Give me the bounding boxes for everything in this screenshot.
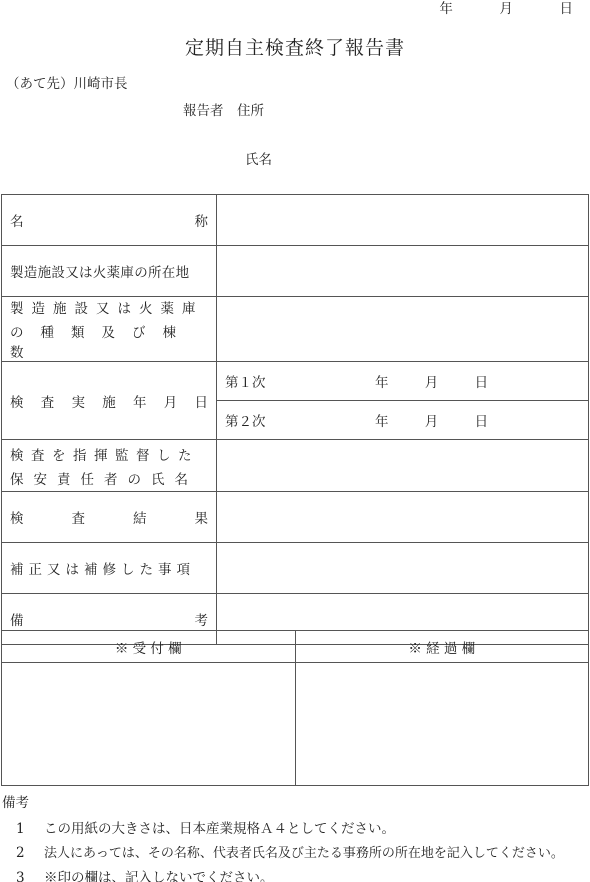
month-label: 月 bbox=[425, 410, 439, 430]
type-count-label-line1: 製造施設又は火薬庫 bbox=[10, 297, 208, 317]
row-type-count: 製造施設又は火薬庫 の種類及び棟数 bbox=[2, 297, 589, 362]
label-char: 名 bbox=[10, 210, 24, 230]
label-char: 査 bbox=[41, 391, 55, 411]
office-use-table: ※ 受 付 欄 ※ 経 過 欄 bbox=[1, 630, 589, 786]
label-char: 結 bbox=[133, 507, 147, 527]
label-char: 査 bbox=[72, 507, 86, 527]
location-field[interactable] bbox=[217, 246, 589, 297]
label-char: 検 bbox=[10, 507, 24, 527]
row-inspection-date-1: 検 査 実 施 年 月 日 第１次 年 月 日 bbox=[2, 362, 589, 401]
note-number: 3 bbox=[16, 870, 44, 882]
label-char: 果 bbox=[195, 507, 209, 527]
reporter-address-label: 報告者 住所 bbox=[183, 99, 264, 119]
month-label: 月 bbox=[425, 371, 439, 391]
year-label: 年 bbox=[375, 410, 389, 430]
day-label: 日 bbox=[475, 410, 489, 430]
row-result: 検 査 結 果 bbox=[2, 492, 589, 543]
ordinal-label: 第２次 bbox=[225, 410, 375, 430]
corrections-label: 補正又は補修した事項 bbox=[2, 543, 217, 594]
label-char: 日 bbox=[195, 391, 209, 411]
progress-header: ※ 経 過 欄 bbox=[295, 631, 589, 663]
location-label: 製造施設又は火薬庫の所在地 bbox=[2, 246, 217, 297]
note-text: ※印の欄は、記入しないでください。 bbox=[44, 870, 274, 882]
name-field[interactable] bbox=[217, 195, 589, 246]
label-char: 備 bbox=[10, 609, 24, 629]
row-name: 名 称 bbox=[2, 195, 589, 246]
corrections-field[interactable] bbox=[217, 543, 589, 594]
reception-field bbox=[2, 663, 296, 786]
note-number: 1 bbox=[16, 821, 44, 837]
label-char: 月 bbox=[164, 391, 178, 411]
type-count-label-line2: の種類及び棟数 bbox=[10, 321, 208, 361]
date-month: 月 bbox=[499, 0, 513, 17]
type-count-field[interactable] bbox=[217, 297, 589, 362]
note-text: この用紙の大きさは、日本産業規格Ａ４としてください。 bbox=[44, 821, 395, 837]
supervisor-field[interactable] bbox=[217, 440, 589, 492]
label-char: 称 bbox=[195, 210, 209, 230]
label-char: 考 bbox=[195, 609, 209, 629]
note-item: 2法人にあっては、その名称、代表者氏名及び主たる事務所の所在地を記入してください… bbox=[16, 842, 564, 861]
document-title: 定期自主検査終了報告書 bbox=[0, 33, 590, 60]
date-day: 日 bbox=[560, 0, 574, 17]
report-form-table: 名 称 製造施設又は火薬庫の所在地 製造施設又は火薬庫 の種類及び棟数 検 査 … bbox=[1, 194, 589, 645]
submission-date: 年 月 日 bbox=[439, 0, 573, 17]
inspection-date-2-field[interactable]: 第２次 年 月 日 bbox=[217, 401, 589, 440]
ordinal-label: 第１次 bbox=[225, 371, 375, 391]
day-label: 日 bbox=[475, 371, 489, 391]
note-text: 法人にあっては、その名称、代表者氏名及び主たる事務所の所在地を記入してください。 bbox=[44, 846, 564, 861]
label-char: 検 bbox=[10, 391, 24, 411]
label-char: 年 bbox=[133, 391, 147, 411]
inspection-date-1-field[interactable]: 第１次 年 月 日 bbox=[217, 362, 589, 401]
supervisor-label-line2: 保安責任者の氏名 bbox=[10, 468, 208, 488]
supervisor-label-line1: 検査を指揮監督した bbox=[10, 444, 208, 464]
row-location: 製造施設又は火薬庫の所在地 bbox=[2, 246, 589, 297]
note-item: 1この用紙の大きさは、日本産業規格Ａ４としてください。 bbox=[16, 817, 395, 837]
reception-header: ※ 受 付 欄 bbox=[2, 631, 296, 663]
result-field[interactable] bbox=[217, 492, 589, 543]
note-number: 2 bbox=[16, 845, 44, 861]
year-label: 年 bbox=[375, 371, 389, 391]
note-item: 3※印の欄は、記入しないでください。 bbox=[16, 866, 274, 882]
date-year: 年 bbox=[439, 0, 453, 17]
label-char: 実 bbox=[72, 391, 86, 411]
label-char: 施 bbox=[102, 391, 116, 411]
notes-title: 備考 bbox=[2, 791, 29, 811]
addressee: （あて先）川崎市長 bbox=[6, 72, 128, 92]
reporter-name-label: 氏名 bbox=[245, 148, 272, 168]
progress-field bbox=[295, 663, 589, 786]
row-corrections: 補正又は補修した事項 bbox=[2, 543, 589, 594]
row-supervisor: 検査を指揮監督した 保安責任者の氏名 bbox=[2, 440, 589, 492]
